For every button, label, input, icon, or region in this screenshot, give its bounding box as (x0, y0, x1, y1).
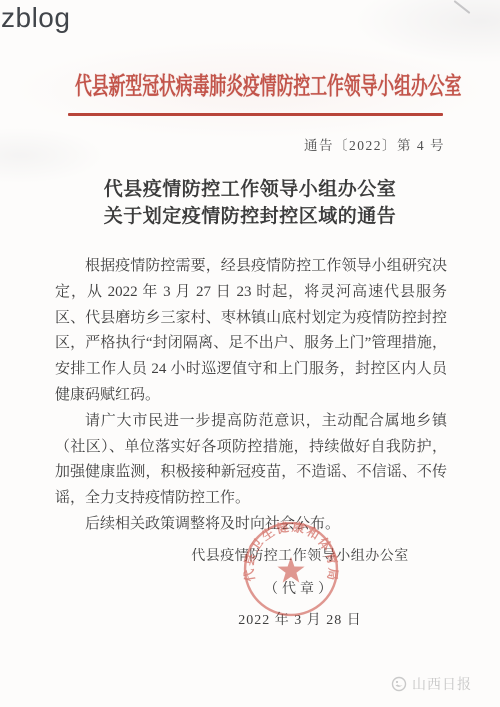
signature-seal-note: （代章） (92, 578, 500, 598)
scan-artifact (454, 0, 471, 14)
doc-number: 通告〔2022〕第 4 号 (0, 134, 445, 154)
notice-title-line2: 关于划定疫情防控封控区域的通告 (0, 203, 500, 230)
body-paragraph: 根据疫情防控需要，经县疫情防控工作领导小组研究决定，从 2022 年 3 月 2… (55, 254, 447, 409)
document-page: zblog 代县新型冠状病毒肺炎疫情防控工作领导小组办公室 通告〔2022〕第 … (0, 0, 500, 707)
signature-block: 代县疫情防控工作领导小组办公室 （代章） 2022 年 3 月 28 日 (92, 545, 500, 629)
signature-org: 代县疫情防控工作领导小组办公室 (92, 545, 500, 565)
source-watermark: 山西日报 (391, 674, 472, 694)
newspaper-logo-icon (391, 676, 407, 692)
body-paragraph: 后续相关政策调整将及时向社会公布。 (55, 512, 447, 538)
site-logo: zblog (1, 2, 70, 34)
letterhead-divider (68, 113, 443, 116)
notice-title-line1: 代县疫情防控工作领导小组办公室 (0, 176, 500, 203)
signature-date: 2022 年 3 月 28 日 (92, 609, 500, 629)
body-paragraph: 请广大市民进一步提高防范意识，主动配合属地乡镇（社区）、单位落实好各项防控措施，… (55, 409, 447, 512)
notice-body: 根据疫情防控需要，经县疫情防控工作领导小组研究决定，从 2022 年 3 月 2… (55, 254, 447, 538)
letterhead-title: 代县新型冠状病毒肺炎疫情防控工作领导小组办公室 (75, 66, 425, 101)
watermark-label: 山西日报 (412, 674, 472, 694)
notice-title: 代县疫情防控工作领导小组办公室 关于划定疫情防控封控区域的通告 (0, 176, 500, 230)
